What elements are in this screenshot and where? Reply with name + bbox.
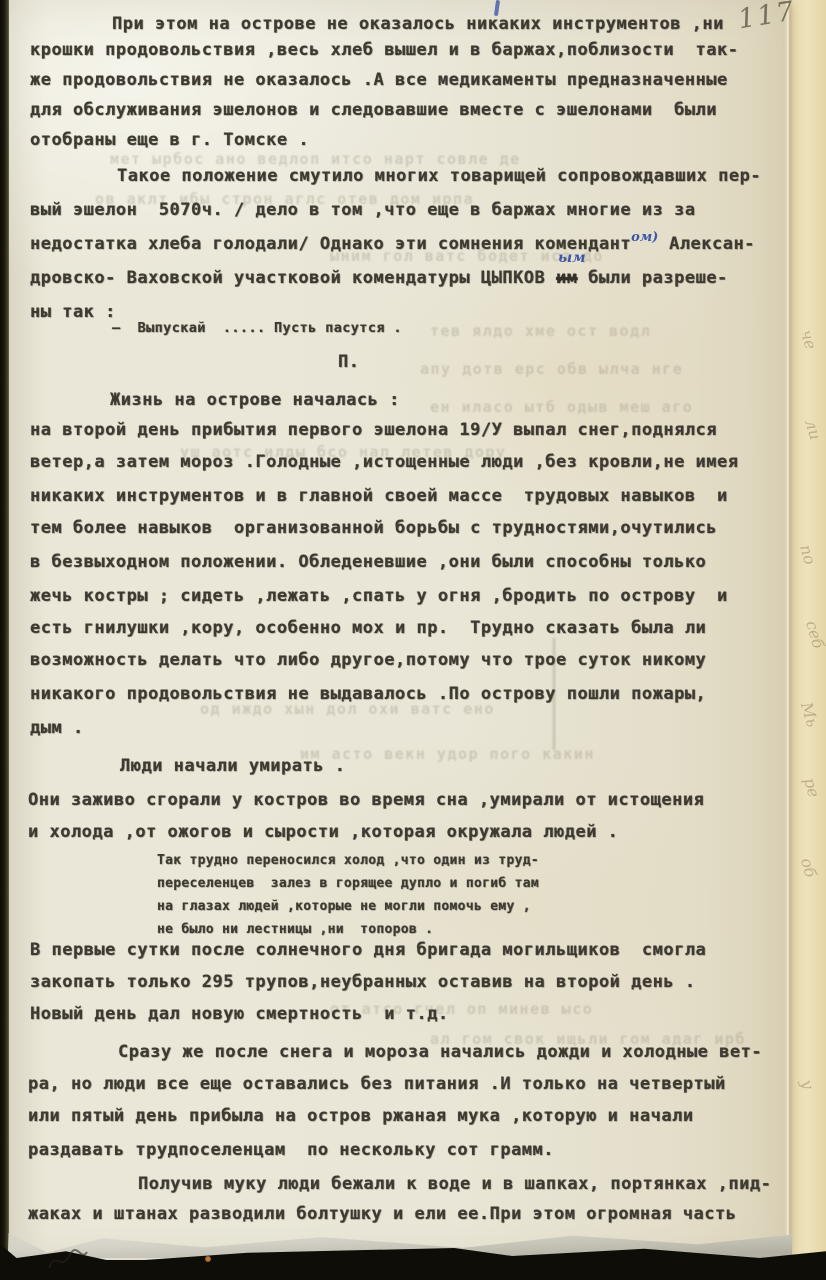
bleedthrough-line: апу дотв ерс обв ылча нге xyxy=(420,360,683,378)
typed-line: недостатка хлеба голодали/ Однако эти со… xyxy=(30,234,755,254)
typed-line: При этом на острове не оказалось никаких… xyxy=(112,14,724,34)
typed-line: раздавать трудпоселенцам по нескольку со… xyxy=(28,1140,554,1160)
quote-line: на глазах людей ,которые не могли помочь… xyxy=(157,899,531,914)
quote-line: переселенцев залез в горящее дупло и пог… xyxy=(157,876,539,891)
typed-line: дым . xyxy=(30,718,84,738)
paper-speck xyxy=(205,1256,211,1262)
typed-line: жаках и штанах разводили болтушку и ели … xyxy=(28,1204,737,1224)
typed-line: ветер,а затем мороз .Голодные ,истощенны… xyxy=(30,452,739,472)
typed-line: Люди начали умирать . xyxy=(120,756,345,776)
typed-line: в безвыходном положении. Обледеневшие ,о… xyxy=(30,552,706,572)
typed-line: ны так : xyxy=(30,302,116,322)
blue-ink-correction: ым xyxy=(558,250,586,266)
typed-line: Они заживо сгорали у костров во время сн… xyxy=(28,790,704,810)
typed-line: тем более навыков организованной борьбы … xyxy=(30,518,717,538)
typed-text: им xyxy=(556,268,577,288)
typed-line: Жизнь на острове началась : xyxy=(110,390,400,410)
pen-stroke xyxy=(46,1246,90,1276)
typed-line: Получив муку люди бежали к воде и в шапк… xyxy=(138,1174,771,1194)
typed-line: возможность делать что либо другое,потом… xyxy=(30,650,706,670)
typed-line-order: — Выпускай ..... Пусть пасутся . xyxy=(112,320,402,336)
typed-line: же продовольствия не оказалось .А все ме… xyxy=(30,70,728,90)
typed-line: ра, но люди все еще оставались без питан… xyxy=(28,1074,726,1094)
typed-line: крошки продовольствия ,весь хлеб вышел и… xyxy=(30,40,739,60)
bleedthrough-line: ен иласо ытб одыв меш аго xyxy=(430,398,693,416)
typed-line: и холода ,от ожогов и сырости ,которая о… xyxy=(28,822,618,842)
typed-line: Такое положение смутило многих товарищей… xyxy=(117,166,761,186)
typed-line: на второй день прибытия первого эшелона … xyxy=(30,420,717,440)
typed-line: Сразу же после снега и мороза начались д… xyxy=(118,1042,762,1062)
page-fold-highlight xyxy=(786,0,789,1255)
typed-text: были разреше- xyxy=(578,268,728,288)
typed-line: или пятый день прибыла на остров ржаная … xyxy=(28,1106,694,1126)
quote-line: не было ни лестницы ,ни топоров . xyxy=(157,922,433,937)
section-numeral: П. xyxy=(338,352,359,372)
blue-ink-superscript: ом) xyxy=(631,230,658,245)
typed-line: никаких инструментов и в главной своей м… xyxy=(30,486,728,506)
typed-line: никакого продовольствия не выдавалось .П… xyxy=(30,684,706,704)
typed-line: жечь костры ; сидеть ,лежать ,спать у ог… xyxy=(30,586,728,606)
typed-line: отобраны еще в г. Томске . xyxy=(30,130,309,150)
typed-line: есть гнилушки ,кору, особенно мох и пр. … xyxy=(30,618,706,638)
typed-line: дровско- Ваховской участковой комендатур… xyxy=(30,268,728,288)
typed-text: дровско- Ваховской участковой комендатур… xyxy=(30,268,556,288)
typed-line: Новый день дал новую смертность и т.д. xyxy=(30,1004,449,1024)
typed-text: недостатка хлеба голодали/ Однако эти со… xyxy=(30,234,631,254)
typed-line: закопать только 295 трупов,неубранных ос… xyxy=(30,972,696,992)
typed-line: вый эшелон 5070ч. / дело в том ,что еще … xyxy=(30,200,696,220)
document-scan: че ли по себ Мь ре об у мет ырбос ано ве… xyxy=(0,0,826,1280)
typed-line: В первые сутки после солнечного дня бриг… xyxy=(30,940,706,960)
typed-text: Алексан- xyxy=(658,234,755,254)
quote-line: Так трудно переносился холод ,что один и… xyxy=(157,853,539,868)
struck-word: имым xyxy=(556,268,577,288)
binding-edge xyxy=(0,0,9,1280)
bleedthrough-line: тев ялдо хме ост водл xyxy=(430,322,651,340)
typed-line: для обслуживания эшелонов и следовавшие … xyxy=(30,100,717,120)
